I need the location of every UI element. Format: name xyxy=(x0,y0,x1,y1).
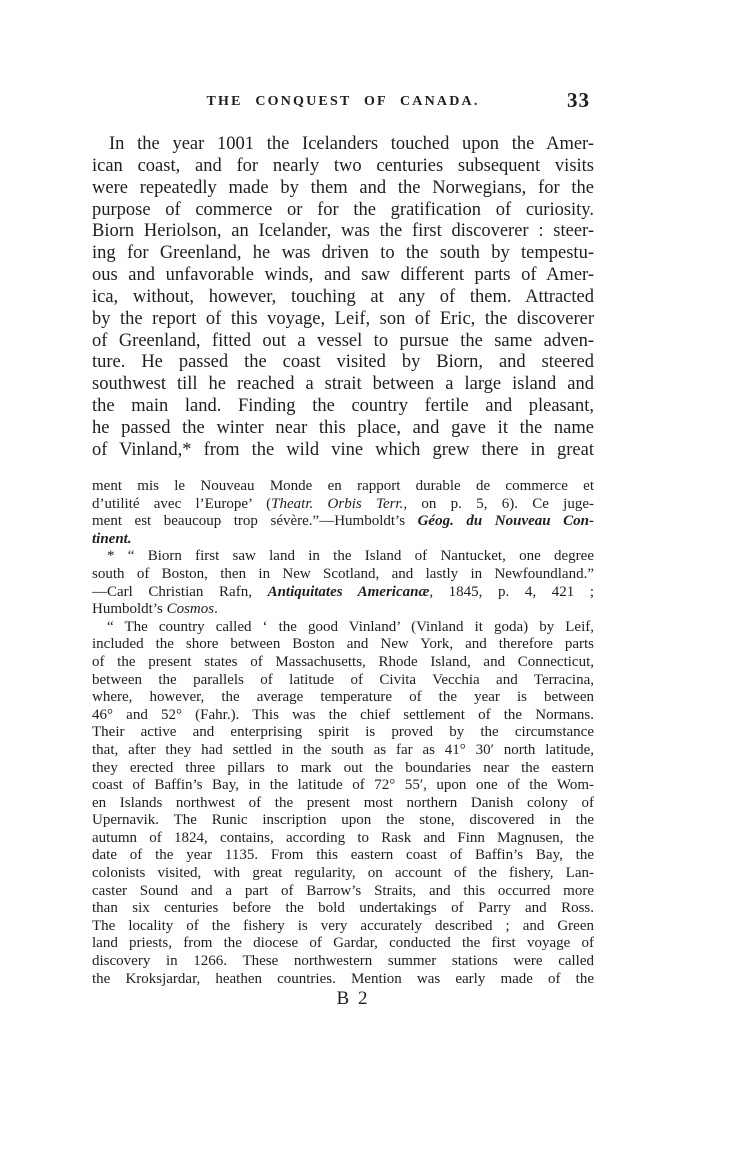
text-line: of the present states of Massachusetts, … xyxy=(92,654,594,672)
text-line: Humboldt’s Cosmos. xyxy=(92,601,594,619)
text-line: ican coast, and for nearly two centuries… xyxy=(92,156,594,178)
text-line: where, however, the average temperature … xyxy=(92,689,594,707)
text-line: In the year 1001 the Icelanders touched … xyxy=(92,134,594,156)
text-line: “ The country called ‘ the good Vinland’… xyxy=(92,619,594,637)
text-line: autumn of 1824, contains, according to R… xyxy=(92,830,594,848)
text-line: * “ Biorn first saw land in the Island o… xyxy=(92,548,594,566)
text-line: of Vinland,* from the wild vine which gr… xyxy=(92,440,594,462)
main-paragraph: In the year 1001 the Icelanders touched … xyxy=(92,134,594,462)
text-line: Upernavik. The Runic inscription upon th… xyxy=(92,812,594,830)
text-line: between the parallels of latitude of Civ… xyxy=(92,672,594,690)
text-line: caster Sound and a part of Barrow’s Stra… xyxy=(92,883,594,901)
text-line: land priests, from the diocese of Gardar… xyxy=(92,935,594,953)
text-line: the Kroksjardar, heathen countries. Ment… xyxy=(92,971,594,989)
text-line: Biorn Heriolson, an Icelander, was the f… xyxy=(92,221,594,243)
printers-signature: B 2 xyxy=(102,988,604,1010)
text-line: they erected three pillars to mark out t… xyxy=(92,760,594,778)
text-line: ing for Greenland, he was driven to the … xyxy=(92,243,594,265)
text-line: discovery in 1266. These northwestern su… xyxy=(92,953,594,971)
text-line: Their active and enterprising spirit is … xyxy=(92,724,594,742)
footnotes-block: ment mis le Nouveau Monde en rapport dur… xyxy=(92,478,594,988)
text-line: ment est beaucoup trop sévère.”—Humboldt… xyxy=(92,513,594,531)
text-line: colonists visited, with great regularity… xyxy=(92,865,594,883)
text-line: that, after they had settled in the sout… xyxy=(92,742,594,760)
text-line: The locality of the fishery is very accu… xyxy=(92,918,594,936)
text-line: were repeatedly made by them and the Nor… xyxy=(92,178,594,200)
text-line: en Islands northwest of the present most… xyxy=(92,795,594,813)
page-number: 33 xyxy=(567,88,590,113)
text-line: purpose of commerce or for the gratifica… xyxy=(92,200,594,222)
text-line: tinent. xyxy=(92,531,594,549)
text-line: date of the year 1135. From this eastern… xyxy=(92,847,594,865)
text-line: d’utilité avec l’Europe’ (Theatr. Orbis … xyxy=(92,496,594,514)
text-line: he passed the winter near this place, an… xyxy=(92,418,594,440)
text-line: —Carl Christian Rafn, Antiquitates Ameri… xyxy=(92,584,594,602)
text-line: the main land. Finding the country ferti… xyxy=(92,396,594,418)
text-line: of Greenland, fitted out a vessel to pur… xyxy=(92,331,594,353)
text-line: ture. He passed the coast visited by Bio… xyxy=(92,352,594,374)
text-line: included the shore between Boston and Ne… xyxy=(92,636,594,654)
text-line: south of Boston, then in New Scotland, a… xyxy=(92,566,594,584)
text-line: coast of Baffin’s Bay, in the latitude o… xyxy=(92,777,594,795)
text-line: ous and unfavorable winds, and saw diffe… xyxy=(92,265,594,287)
text-line: ica, without, however, touching at any o… xyxy=(92,287,594,309)
text-line: 46° and 52° (Fahr.). This was the chief … xyxy=(92,707,594,725)
text-line: southwest till he reached a strait betwe… xyxy=(92,374,594,396)
text-line: than six centuries before the bold under… xyxy=(92,900,594,918)
running-header: THE CONQUEST OF CANADA. 33 xyxy=(92,94,594,110)
text-line: ment mis le Nouveau Monde en rapport dur… xyxy=(92,478,594,496)
text-line: by the report of this voyage, Leif, son … xyxy=(92,309,594,331)
running-header-title: THE CONQUEST OF CANADA. xyxy=(92,94,594,110)
scanned-book-page: THE CONQUEST OF CANADA. 33 In the year 1… xyxy=(0,0,744,1162)
